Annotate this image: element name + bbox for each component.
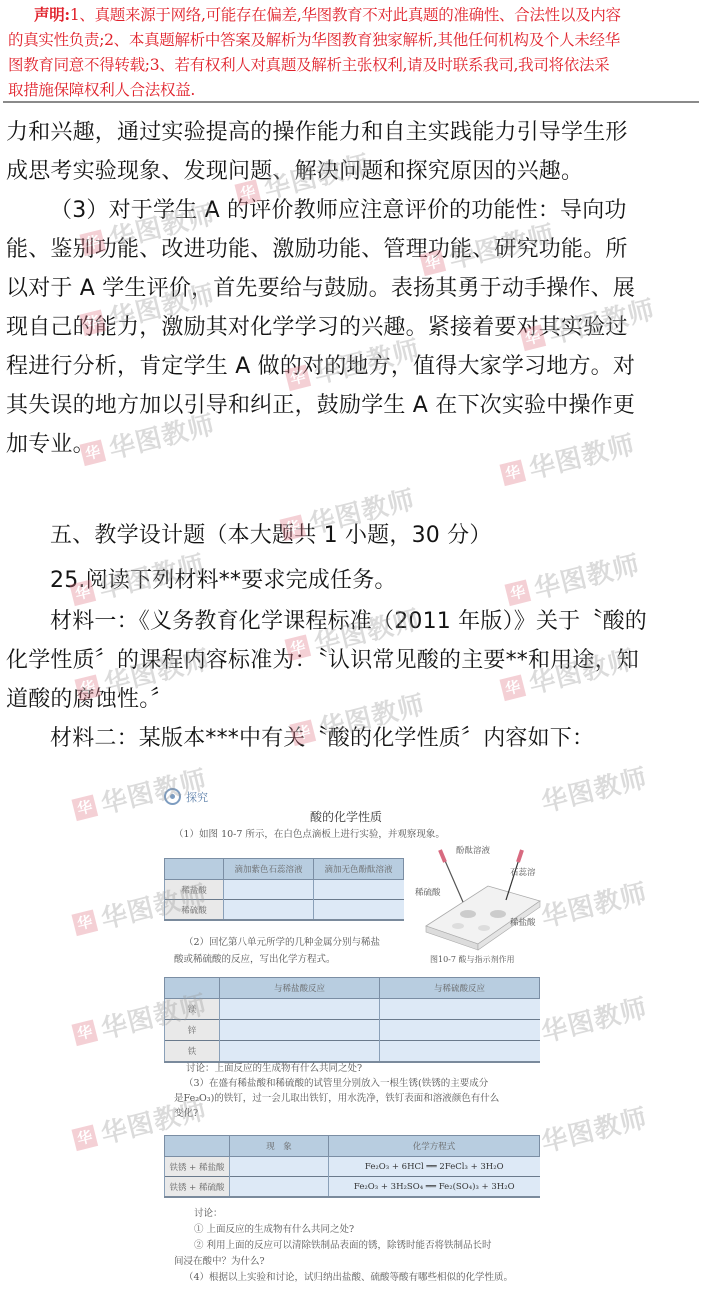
- material-one-line: 道酸的腐蚀性。〞: [6, 680, 700, 719]
- disclaimer-line-2: 的真实性负责;2、本真题解析中答案及解析为华图教育独家解析,其他任何机构及个人未…: [8, 28, 696, 53]
- paragraph-line: 力和兴趣，通过实验提高的操作能力和自主实践能力引导学生形: [6, 113, 700, 152]
- material-two-line: 材料二：某版本***中有关〝酸的化学性质〞内容如下：: [6, 719, 700, 758]
- disclaimer-line-3: 图教育同意不得转载;3、若有权利人对真题及解析主张权利,请及时联系我司,我司将依…: [8, 53, 696, 78]
- watermark: 华图教师: [537, 872, 651, 934]
- step-1: （1）如图 10-7 所示，在白色点滴板上进行实验，并观察现象。: [174, 826, 445, 840]
- watermark-logo-icon: 华: [71, 1019, 98, 1046]
- discussion-1: 讨论：上面反应的生成物有什么共同之处?: [186, 1060, 362, 1074]
- section-heading: 五、教学设计题（本大题共 1 小题，30 分）: [6, 516, 700, 555]
- header-divider: [3, 101, 699, 103]
- paragraph-line: 其失误的地方加以引导和纠正，鼓励学生 A 在下次实验中操作更: [6, 386, 700, 425]
- explore-circle-icon: [164, 788, 181, 805]
- question-section: 五、教学设计题（本大题共 1 小题，30 分） 25.阅读下列材料**要求完成任…: [6, 516, 700, 758]
- paragraph-line: 加专业。: [6, 425, 700, 464]
- watermark-logo-icon: 华: [71, 1124, 98, 1151]
- answer-text: 力和兴趣，通过实验提高的操作能力和自主实践能力引导学生形 成思考实验现象、发现问…: [6, 113, 700, 464]
- watermark: 华图教师: [537, 987, 651, 1049]
- paragraph-line: 现自己的能力，激励其对化学学习的兴趣。紧接着要对其实验过: [6, 308, 700, 347]
- paragraph-line: 以对于 A 学生评价，首先要给与鼓励。表扬其勇于动手操作、展: [6, 269, 700, 308]
- disclaimer-line-1: 声明:1、真题来源于网络,可能存在偏差,华图教育不对此真题的准确性、合法性以及内…: [8, 2, 696, 28]
- paragraph-line: 程进行分析，肯定学生 A 做的对的地方，值得大家学习地方。对: [6, 347, 700, 386]
- watermark-logo-icon: 华: [71, 909, 98, 936]
- spot-plate-illustration: [418, 846, 546, 956]
- question-prompt: 25.阅读下列材料**要求完成任务。: [6, 561, 700, 600]
- material-one-line: 材料一：《义务教育化学课程标准（2011 年版）》关于〝酸的: [6, 602, 700, 641]
- figure-caption: 图10-7 酸与指示剂作用: [430, 954, 515, 965]
- watermark: 华图教师: [537, 757, 651, 819]
- label-sulfuric-acid: 稀硫酸: [415, 886, 441, 898]
- step-4: （4）根据以上实验和讨论，试归纳出盐酸、硫酸等酸有哪些相似的化学性质。: [174, 1270, 513, 1286]
- material-one-line: 化学性质〞的课程内容标准为：〝认识常见酸的主要**和用途，知: [6, 641, 700, 680]
- step-2: （2）回忆第八单元所学的几种金属分别与稀盐 酸或稀硫酸的反应，写出化学方程式。: [174, 934, 380, 965]
- metal-reaction-table: 与稀盐酸反应 与稀硫酸反应 镁 锌 铁: [164, 977, 540, 1063]
- label-phenolphthalein: 酚酞溶液: [456, 844, 490, 856]
- disclaimer-line-4: 取措施保障权利人合法权益.: [8, 78, 696, 103]
- textbook-excerpt: 探究 酸的化学性质 （1）如图 10-7 所示，在白色点滴板上进行实验，并观察现…: [160, 786, 545, 1286]
- label-hydrochloric-acid: 稀盐酸: [510, 916, 536, 928]
- indicator-table: 滴加紫色石蕊溶液 滴加无色酚酞溶液 稀盐酸 稀硫酸: [164, 858, 404, 921]
- explore-badge: 探究: [164, 788, 208, 805]
- watermark: 华图教师: [537, 1097, 651, 1159]
- paragraph-line: （3）对于学生 A 的评价教师应注意评价的功能性：导向功: [6, 191, 700, 230]
- disclaimer-label: 声明:: [34, 5, 70, 24]
- paragraph-line: 成思考实验现象、发现问题、解决问题和探究原因的兴趣。: [6, 152, 700, 191]
- label-litmus: 石蕊溶: [510, 866, 536, 878]
- disclaimer: 声明:1、真题来源于网络,可能存在偏差,华图教育不对此真题的准确性、合法性以及内…: [8, 2, 696, 103]
- excerpt-title: 酸的化学性质: [310, 808, 382, 825]
- rust-reaction-table: 现 象 化学方程式 铁锈 + 稀盐酸 Fe₂O₃ + 6HCl ══ 2FeCl…: [164, 1135, 540, 1198]
- step-3: （3）在盛有稀盐酸和稀硫酸的试管里分别放入一根生锈(铁锈的主要成分 是Fe₂O₃…: [174, 1076, 499, 1121]
- paragraph-line: 能、鉴别功能、改进功能、激励功能、管理功能、研究功能。所: [6, 230, 700, 269]
- watermark-logo-icon: 华: [71, 794, 98, 821]
- discussion-2: 讨论： ① 上面反应的生成物有什么共同之处? ② 利用上面的反应可以清除铁制品表…: [174, 1206, 513, 1286]
